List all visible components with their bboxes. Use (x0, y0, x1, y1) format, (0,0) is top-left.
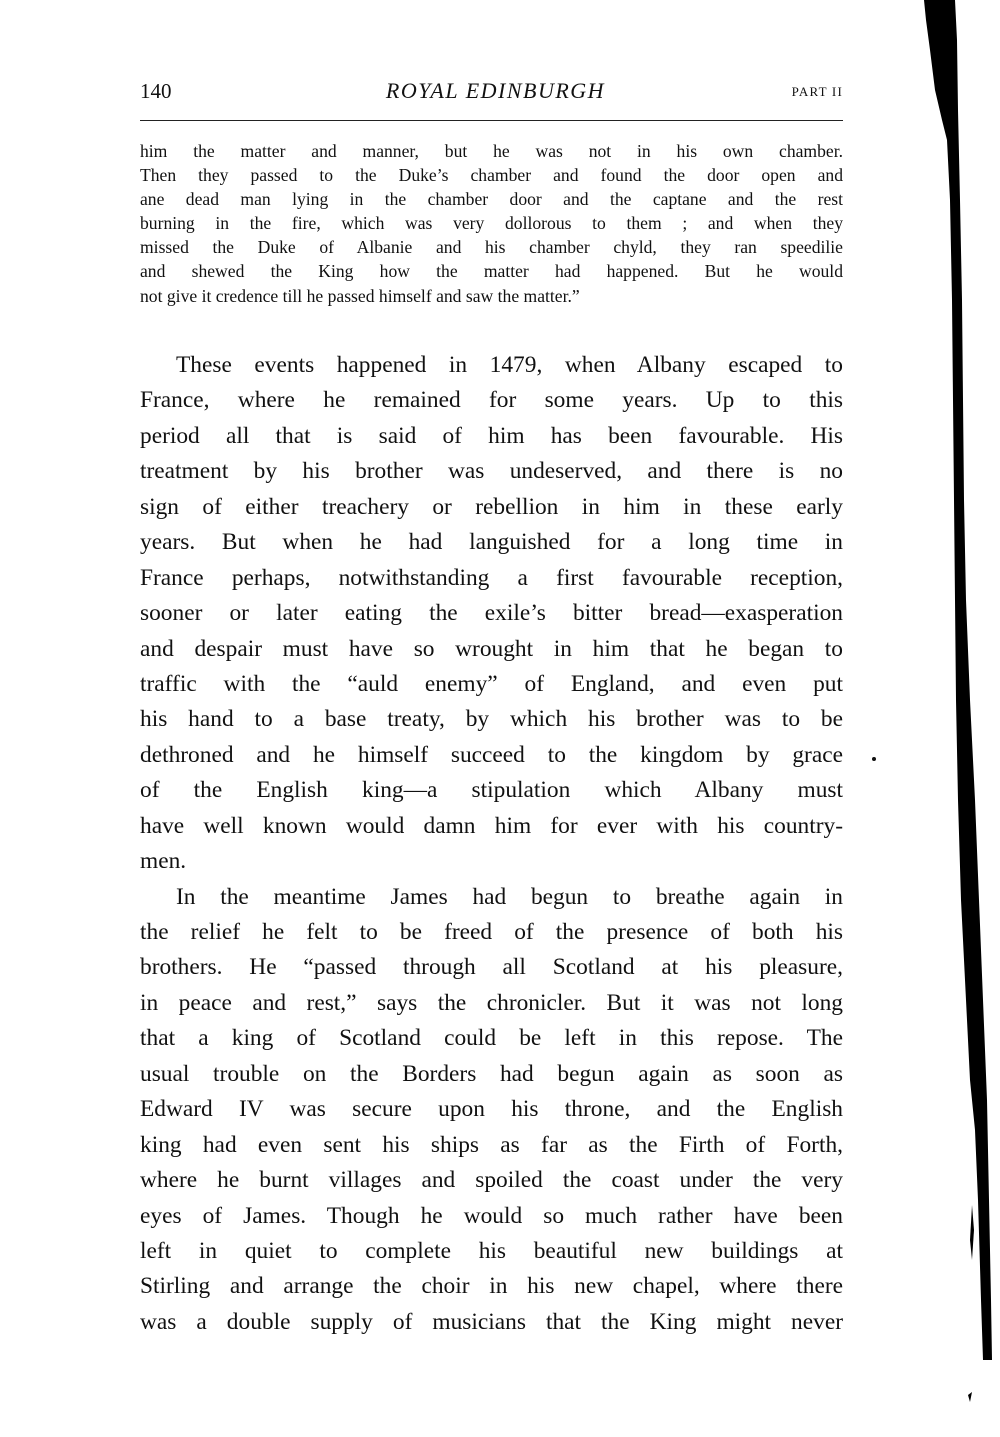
running-head: 140 ROYAL EDINBURGH PART II (140, 78, 843, 104)
text-line: Edward IV was secure upon his throne, an… (140, 1092, 843, 1127)
quote-line: him the matter and manner, but he was no… (140, 139, 843, 163)
text-line: sign of either treachery or rebellion in… (140, 490, 843, 525)
scan-speck-icon (872, 757, 876, 761)
header-rule (140, 120, 843, 121)
text-line: have well known would damn him for ever … (140, 809, 843, 844)
body-text: These events happened in 1479, when Alba… (140, 348, 843, 1340)
text-line: treatment by his brother was undeserved,… (140, 454, 843, 489)
quote-line: and shewed the King how the matter had h… (140, 259, 843, 283)
text-line: where he burnt villages and spoiled the … (140, 1163, 843, 1198)
text-line: the relief he felt to be freed of the pr… (140, 915, 843, 950)
text-line: men. (140, 844, 843, 879)
text-line: traffic with the “auld enemy” of England… (140, 667, 843, 702)
text-line: usual trouble on the Borders had begun a… (140, 1057, 843, 1092)
text-line: Stirling and arrange the choir in his ne… (140, 1269, 843, 1304)
quote-line: ane dead man lying in the chamber door a… (140, 187, 843, 211)
text-line: king had even sent his ships as far as t… (140, 1128, 843, 1163)
quote-line: not give it credence till he passed hims… (140, 284, 843, 308)
text-line: dethroned and he himself succeed to the … (140, 738, 843, 773)
text-line: brothers. He “passed through all Scotlan… (140, 950, 843, 985)
text-line: years. But when he had languished for a … (140, 525, 843, 560)
text-line: In the meantime James had begun to breat… (140, 880, 843, 915)
text-line: period all that is said of him has been … (140, 419, 843, 454)
text-line: that a king of Scotland could be left in… (140, 1021, 843, 1056)
text-line: France perhaps, notwithstanding a first … (140, 561, 843, 596)
text-line: France, where he remained for some years… (140, 383, 843, 418)
quote-line: burning in the fire, which was very doll… (140, 211, 843, 235)
paragraph-2: In the meantime James had begun to breat… (140, 880, 843, 1341)
text-line: was a double supply of musicians that th… (140, 1305, 843, 1340)
book-page: 140 ROYAL EDINBURGH PART II him the matt… (0, 0, 1000, 1437)
text-line: sooner or later eating the exile’s bitte… (140, 596, 843, 631)
quote-line: missed the Duke of Albanie and his chamb… (140, 235, 843, 259)
text-line: of the English king—a stipulation which … (140, 773, 843, 808)
book-title: ROYAL EDINBURGH (140, 78, 843, 104)
text-line: in peace and rest,” says the chronicler.… (140, 986, 843, 1021)
text-line: eyes of James. Though he would so much r… (140, 1199, 843, 1234)
part-label: PART II (792, 80, 843, 104)
text-line: left in quiet to complete his beautiful … (140, 1234, 843, 1269)
text-line: and despair must have so wrought in him … (140, 632, 843, 667)
quote-line: Then they passed to the Duke’s chamber a… (140, 163, 843, 187)
paragraph-1: These events happened in 1479, when Alba… (140, 348, 843, 880)
text-line: These events happened in 1479, when Alba… (140, 348, 843, 383)
text-line: his hand to a base treaty, by which his … (140, 702, 843, 737)
block-quote: him the matter and manner, but he was no… (140, 139, 843, 308)
